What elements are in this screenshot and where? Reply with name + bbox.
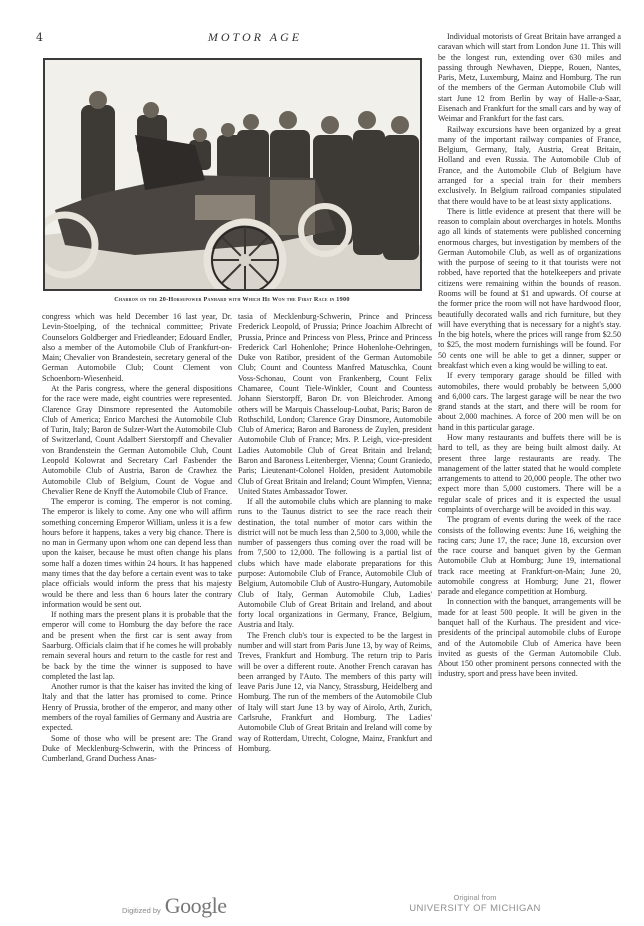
paragraph: Another rumor is that the kaiser has inv… bbox=[42, 682, 232, 733]
paragraph: Individual motorists of Great Britain ha… bbox=[438, 32, 621, 125]
car-and-crew-image bbox=[45, 60, 420, 289]
digitized-prefix: Digitized by bbox=[122, 906, 161, 915]
paragraph: congress which was held December 16 last… bbox=[42, 312, 232, 384]
paragraph: In connection with the banquet, arrangem… bbox=[438, 597, 621, 679]
google-logo: Google bbox=[165, 893, 227, 919]
text-column-1: congress which was held December 16 last… bbox=[42, 312, 232, 764]
digitized-by-watermark: Digitized by Google bbox=[122, 893, 227, 919]
original-from-watermark: Original from UNIVERSITY OF MICHIGAN bbox=[385, 893, 565, 914]
original-from-label: Original from bbox=[385, 893, 565, 902]
paragraph: If all the automobile clubs which are pl… bbox=[238, 497, 432, 631]
figure-caption: Charron on the 20-Horsepower Panhard wit… bbox=[30, 296, 434, 303]
paragraph: There is little evidence at present that… bbox=[438, 207, 621, 372]
paragraph: If every temporary garage should be fill… bbox=[438, 371, 621, 433]
paragraph: The emperor is coming. The emperor is no… bbox=[42, 497, 232, 610]
paragraph: If nothing mars the present plans it is … bbox=[42, 610, 232, 682]
paragraph: Some of those who will be present are: T… bbox=[42, 734, 232, 765]
paragraph: The program of events during the week of… bbox=[438, 515, 621, 597]
text-column-2: tasia of Mecklenburg-Schwerin, Prince an… bbox=[238, 312, 432, 754]
text-column-3: Individual motorists of Great Britain ha… bbox=[438, 32, 621, 680]
photograph-racing-car bbox=[43, 58, 422, 291]
paragraph: The French club's tour is expected to be… bbox=[238, 631, 432, 754]
paragraph: tasia of Mecklenburg-Schwerin, Prince an… bbox=[238, 312, 432, 497]
paragraph: Railway excursions have been organized b… bbox=[438, 125, 621, 207]
paragraph: How many restaurants and buffets there w… bbox=[438, 433, 621, 515]
paragraph: At the Paris congress, where the general… bbox=[42, 384, 232, 497]
page-number: 4 bbox=[36, 31, 43, 44]
running-title: MOTOR AGE bbox=[180, 30, 330, 45]
library-name: UNIVERSITY OF MICHIGAN bbox=[385, 903, 565, 914]
